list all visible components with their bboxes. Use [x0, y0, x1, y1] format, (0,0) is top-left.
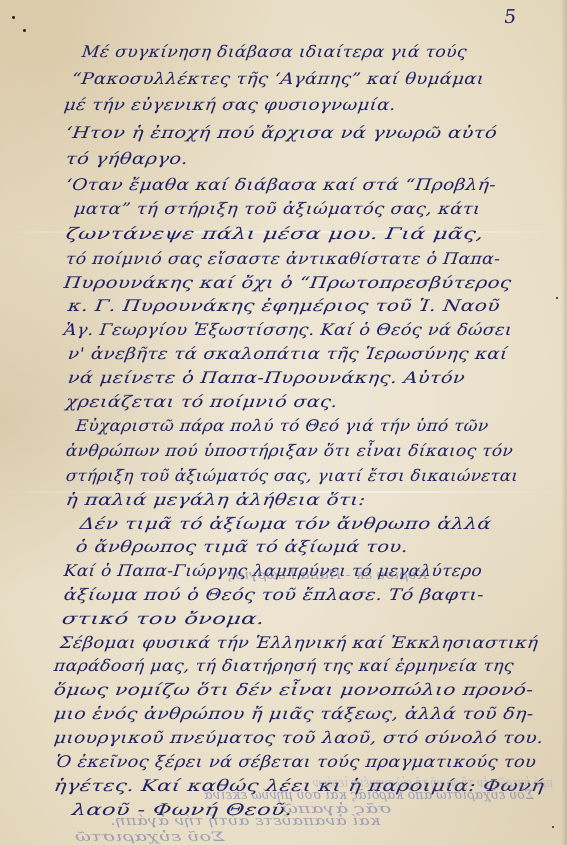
ink-speck — [23, 29, 26, 32]
handwritten-line: ἀξίωμα πού ὁ Θεός τοῦ ἔπλασε. Τό βαφτι- — [63, 585, 486, 604]
handwritten-line: κ. Γ. Πυρουνάκης ἐφημέριος τοῦ Ἱ. Ναοῦ — [67, 296, 502, 315]
ink-speck — [556, 297, 558, 299]
handwritten-line: Εὐχαριστῶ πάρα πολύ τό Θεό γιά τήν ὑπό τ… — [75, 416, 490, 435]
handwritten-line: τό γήθαργο. — [65, 149, 190, 168]
ink-speck — [552, 826, 554, 828]
page-number: 5 — [502, 6, 517, 28]
ink-speck — [12, 16, 15, 19]
bleed-through-line: καί ἀναπαύετε αὐτή τήν ἀγάπη. — [110, 814, 380, 829]
handwritten-line: παράδοσή μας, τή διατήρησή της καί ἑρμην… — [53, 656, 515, 675]
handwritten-line: ὁ ἄνθρωπος τιμᾶ τό ἀξίωμά του. — [75, 537, 410, 556]
bleed-through-line: Σοῦ εὐχαριστῶ ἀπό καρδιᾶς καί σοῦ μηνύω … — [204, 788, 534, 803]
handwritten-line: ἀνθρώπων πού ὑποστήριξαν ὅτι εἶναι δίκαι… — [65, 441, 514, 460]
handwritten-line: Ἁγ. Γεωργίου Ἑξωστίσσης. Καί ὁ Θεός νά δ… — [63, 320, 513, 339]
handwritten-line: τό ποίμνιό σας εἴσαστε ἀντικαθίστατε ὁ Π… — [65, 249, 502, 268]
handwritten-line: Πυρουνάκης καί ὄχι ὁ “Πρωτοπρεσβύτερος — [63, 273, 513, 292]
handwritten-line: ‘Ητον ἡ ἐποχή πού ἄρχισα νά γνωρῶ αὐτό — [65, 123, 499, 142]
handwritten-line: ‘Οταν ἔμαθα καί διάβασα καί στά “Προβλή- — [65, 175, 497, 194]
handwritten-line: “Ρακοσυλλέκτες τῆς ‘Αγάπης” καί θυμάμαι — [71, 69, 486, 88]
handwritten-line: ζωντάνεψε πάλι μέσα μου. Γιά μᾶς, — [65, 224, 485, 243]
handwritten-line: χρειάζεται τό ποίμνιό σας. — [65, 392, 339, 411]
handwritten-line: στικό του ὄνομα. — [61, 609, 266, 628]
handwritten-line: στήριξη τοῦ ἀξιώματός σας, γιατί ἔτσι δι… — [65, 466, 519, 485]
letter-page: 5 Μέ συγκίνηση διάβασα ιδιαίτερα γιά τού… — [0, 0, 567, 845]
handwritten-line: ματα” τή στήριξη τοῦ ἀξιώματός σας, κάτι — [73, 199, 482, 218]
handwritten-line: ν' ἀνεβῆτε τά σκαλοπάτια τῆς Ἱερωσύνης κ… — [67, 344, 509, 363]
handwritten-line: μέ τήν εὐγενική σας φυσιογνωμία. — [63, 95, 397, 114]
paper-edge-shadow — [561, 0, 567, 845]
handwritten-line: νά μείνετε ὁ Παπα-Πυρουνάκης. Αὐτόν — [67, 368, 467, 387]
handwritten-line: ἡ παλιά μεγάλη ἀλήθεια ὅτι: — [65, 490, 367, 509]
handwritten-line: Δέν τιμᾶ τό ἀξίωμα τόν ἄνθρωπο ἀλλά — [79, 514, 493, 533]
handwritten-line: μιο ἑνός ἀνθρώπου ἤ μιᾶς τάξεως, ἀλλά το… — [53, 704, 535, 723]
handwritten-line: Μέ συγκίνηση διάβασα ιδιαίτερα γιά τούς — [81, 42, 468, 61]
handwritten-line: μιουργικοῦ πνεύματος τοῦ λαοῦ, στό σύνολ… — [53, 728, 545, 747]
bleed-through-line: Κυρίου ἐκ - Πάπα Γεώργιος — [227, 568, 427, 583]
bleed-through-line: Σοῦ εὐχαριστῶ — [75, 830, 225, 845]
handwritten-line: ὅμως νομίζω ὅτι δέν εἶναι μονοπώλιο προν… — [53, 680, 535, 699]
handwritten-line: Ὁ ἐκεῖνος ξέρει νά σέβεται τούς πραγματι… — [55, 752, 538, 771]
handwritten-line: Σέβομαι φυσικά τήν Ἑλληνική καί Ἐκκλησια… — [59, 633, 540, 652]
